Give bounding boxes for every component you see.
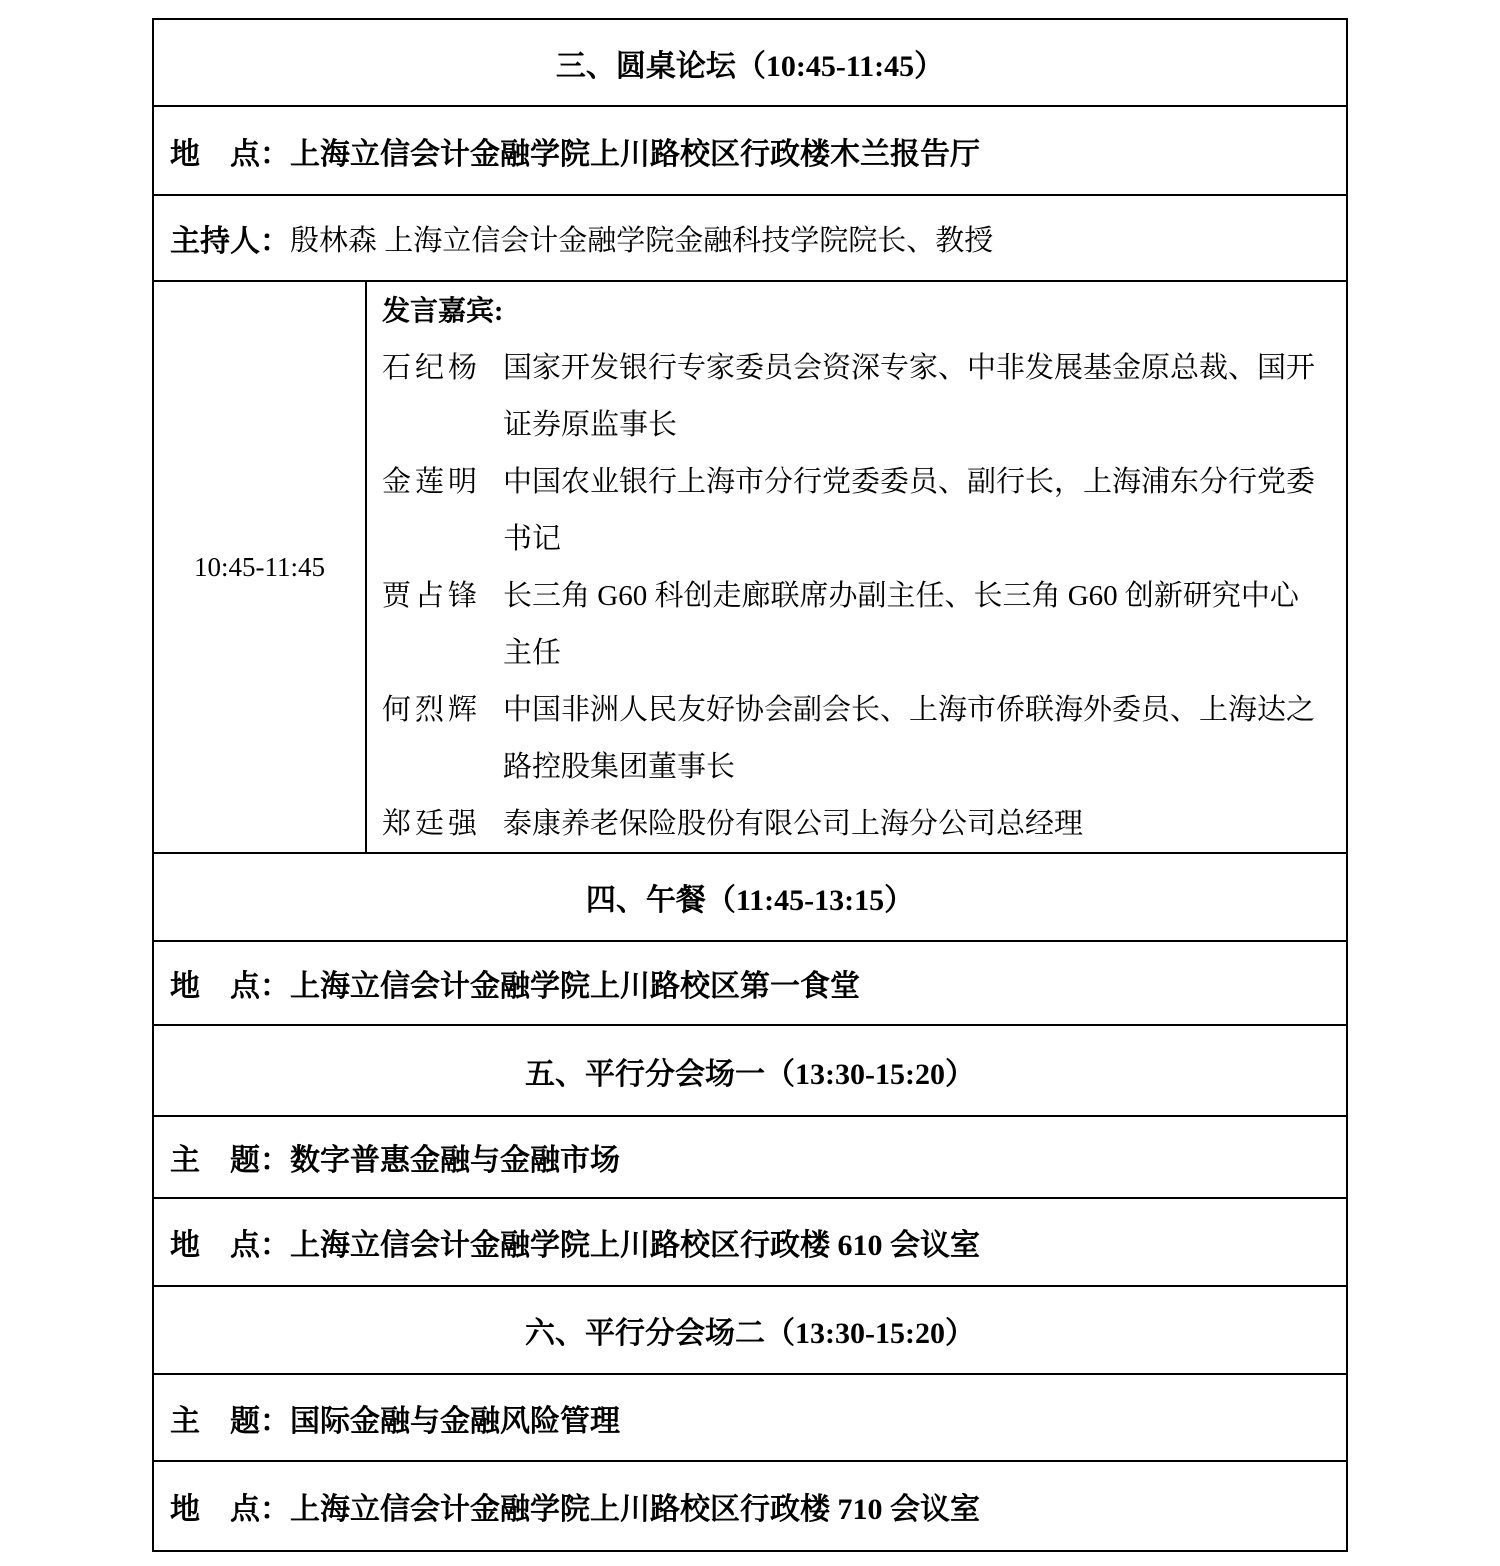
session2-location-label: 地 点：	[170, 1484, 290, 1528]
speakers-label: 发言嘉宾:	[382, 283, 1346, 340]
speaker-entry: 金莲明 中国农业银行上海市分行党委委员、副行长，上海浦东分行党委 书记	[382, 454, 1346, 568]
roundtable-time: 10:45-11:45	[194, 552, 325, 583]
session2-location-row: 地 点：上海立信会计金融学院上川路校区行政楼 710 会议室	[154, 1460, 1346, 1550]
roundtable-location-label: 地 点：	[170, 129, 290, 173]
session2-topic-label: 主 题：	[170, 1396, 290, 1440]
roundtable-location-row: 地 点：上海立信会计金融学院上川路校区行政楼木兰报告厅	[154, 105, 1346, 194]
session1-topic-row: 主 题：数字普惠金融与金融市场	[154, 1115, 1346, 1197]
document-page: 三、圆桌论坛（10:45-11:45） 地 点：上海立信会计金融学院上川路校区行…	[0, 0, 1500, 1566]
roundtable-section-title: 三、圆桌论坛（10:45-11:45）	[556, 41, 944, 85]
session2-location-value: 上海立信会计金融学院上川路校区行政楼 710 会议室	[290, 1484, 980, 1528]
session2-section-title: 六、平行分会场二（13:30-15:20）	[525, 1308, 975, 1352]
speaker-title: 长三角 G60 科创走廊联席办副主任、长三角 G60 创新研究中心 主任	[503, 568, 1335, 682]
session2-topic-value: 国际金融与金融风险管理	[290, 1396, 620, 1440]
roundtable-time-cell: 10:45-11:45	[154, 282, 367, 852]
roundtable-location-value: 上海立信会计金融学院上川路校区行政楼木兰报告厅	[290, 129, 980, 173]
speaker-title: 中国农业银行上海市分行党委委员、副行长，上海浦东分行党委 书记	[503, 454, 1335, 568]
speaker-title: 泰康养老保险股份有限公司上海分公司总经理	[503, 796, 1335, 853]
session1-location-value: 上海立信会计金融学院上川路校区行政楼 610 会议室	[290, 1220, 980, 1264]
speaker-name: 郑廷强	[382, 796, 503, 853]
speaker-entry: 何烈辉 中国非洲人民友好协会副会长、上海市侨联海外委员、上海达之 路控股集团董事…	[382, 682, 1346, 796]
roundtable-host-value: 殷林森 上海立信会计金融学院金融科技学院院长、教授	[290, 218, 993, 259]
roundtable-speakers-cell: 发言嘉宾: 石纪杨 国家开发银行专家委员会资深专家、中非发展基金原总裁、国开 证…	[367, 282, 1346, 852]
roundtable-section-title-row: 三、圆桌论坛（10:45-11:45）	[154, 20, 1346, 105]
roundtable-host-row: 主持人：殷林森 上海立信会计金融学院金融科技学院院长、教授	[154, 194, 1346, 280]
session1-location-row: 地 点：上海立信会计金融学院上川路校区行政楼 610 会议室	[154, 1197, 1346, 1285]
roundtable-host-label: 主持人：	[170, 216, 290, 260]
session1-section-title-row: 五、平行分会场一（13:30-15:20）	[154, 1024, 1346, 1115]
speaker-name: 金莲明	[382, 454, 503, 568]
lunch-section-title: 四、午餐（11:45-13:15）	[586, 875, 914, 919]
session2-section-title-row: 六、平行分会场二（13:30-15:20）	[154, 1285, 1346, 1373]
session1-section-title: 五、平行分会场一（13:30-15:20）	[525, 1049, 975, 1093]
session1-location-label: 地 点：	[170, 1220, 290, 1264]
agenda-table: 三、圆桌论坛（10:45-11:45） 地 点：上海立信会计金融学院上川路校区行…	[152, 18, 1348, 1552]
lunch-location-label: 地 点：	[170, 961, 290, 1005]
speaker-title: 国家开发银行专家委员会资深专家、中非发展基金原总裁、国开 证券原监事长	[503, 340, 1335, 454]
session1-topic-value: 数字普惠金融与金融市场	[290, 1135, 620, 1179]
speaker-entry: 石纪杨 国家开发银行专家委员会资深专家、中非发展基金原总裁、国开 证券原监事长	[382, 340, 1346, 454]
session2-topic-row: 主 题：国际金融与金融风险管理	[154, 1373, 1346, 1460]
speaker-name: 石纪杨	[382, 340, 503, 454]
speaker-name: 贾占锋	[382, 568, 503, 682]
speaker-entry: 贾占锋 长三角 G60 科创走廊联席办副主任、长三角 G60 创新研究中心 主任	[382, 568, 1346, 682]
speaker-entry: 郑廷强 泰康养老保险股份有限公司上海分公司总经理	[382, 796, 1346, 853]
roundtable-speakers-row: 10:45-11:45 发言嘉宾: 石纪杨 国家开发银行专家委员会资深专家、中非…	[154, 280, 1346, 852]
lunch-location-row: 地 点：上海立信会计金融学院上川路校区第一食堂	[154, 940, 1346, 1024]
speaker-title: 中国非洲人民友好协会副会长、上海市侨联海外委员、上海达之 路控股集团董事长	[503, 682, 1335, 796]
speaker-name: 何烈辉	[382, 682, 503, 796]
lunch-section-title-row: 四、午餐（11:45-13:15）	[154, 852, 1346, 940]
session1-topic-label: 主 题：	[170, 1135, 290, 1179]
lunch-location-value: 上海立信会计金融学院上川路校区第一食堂	[290, 961, 860, 1005]
